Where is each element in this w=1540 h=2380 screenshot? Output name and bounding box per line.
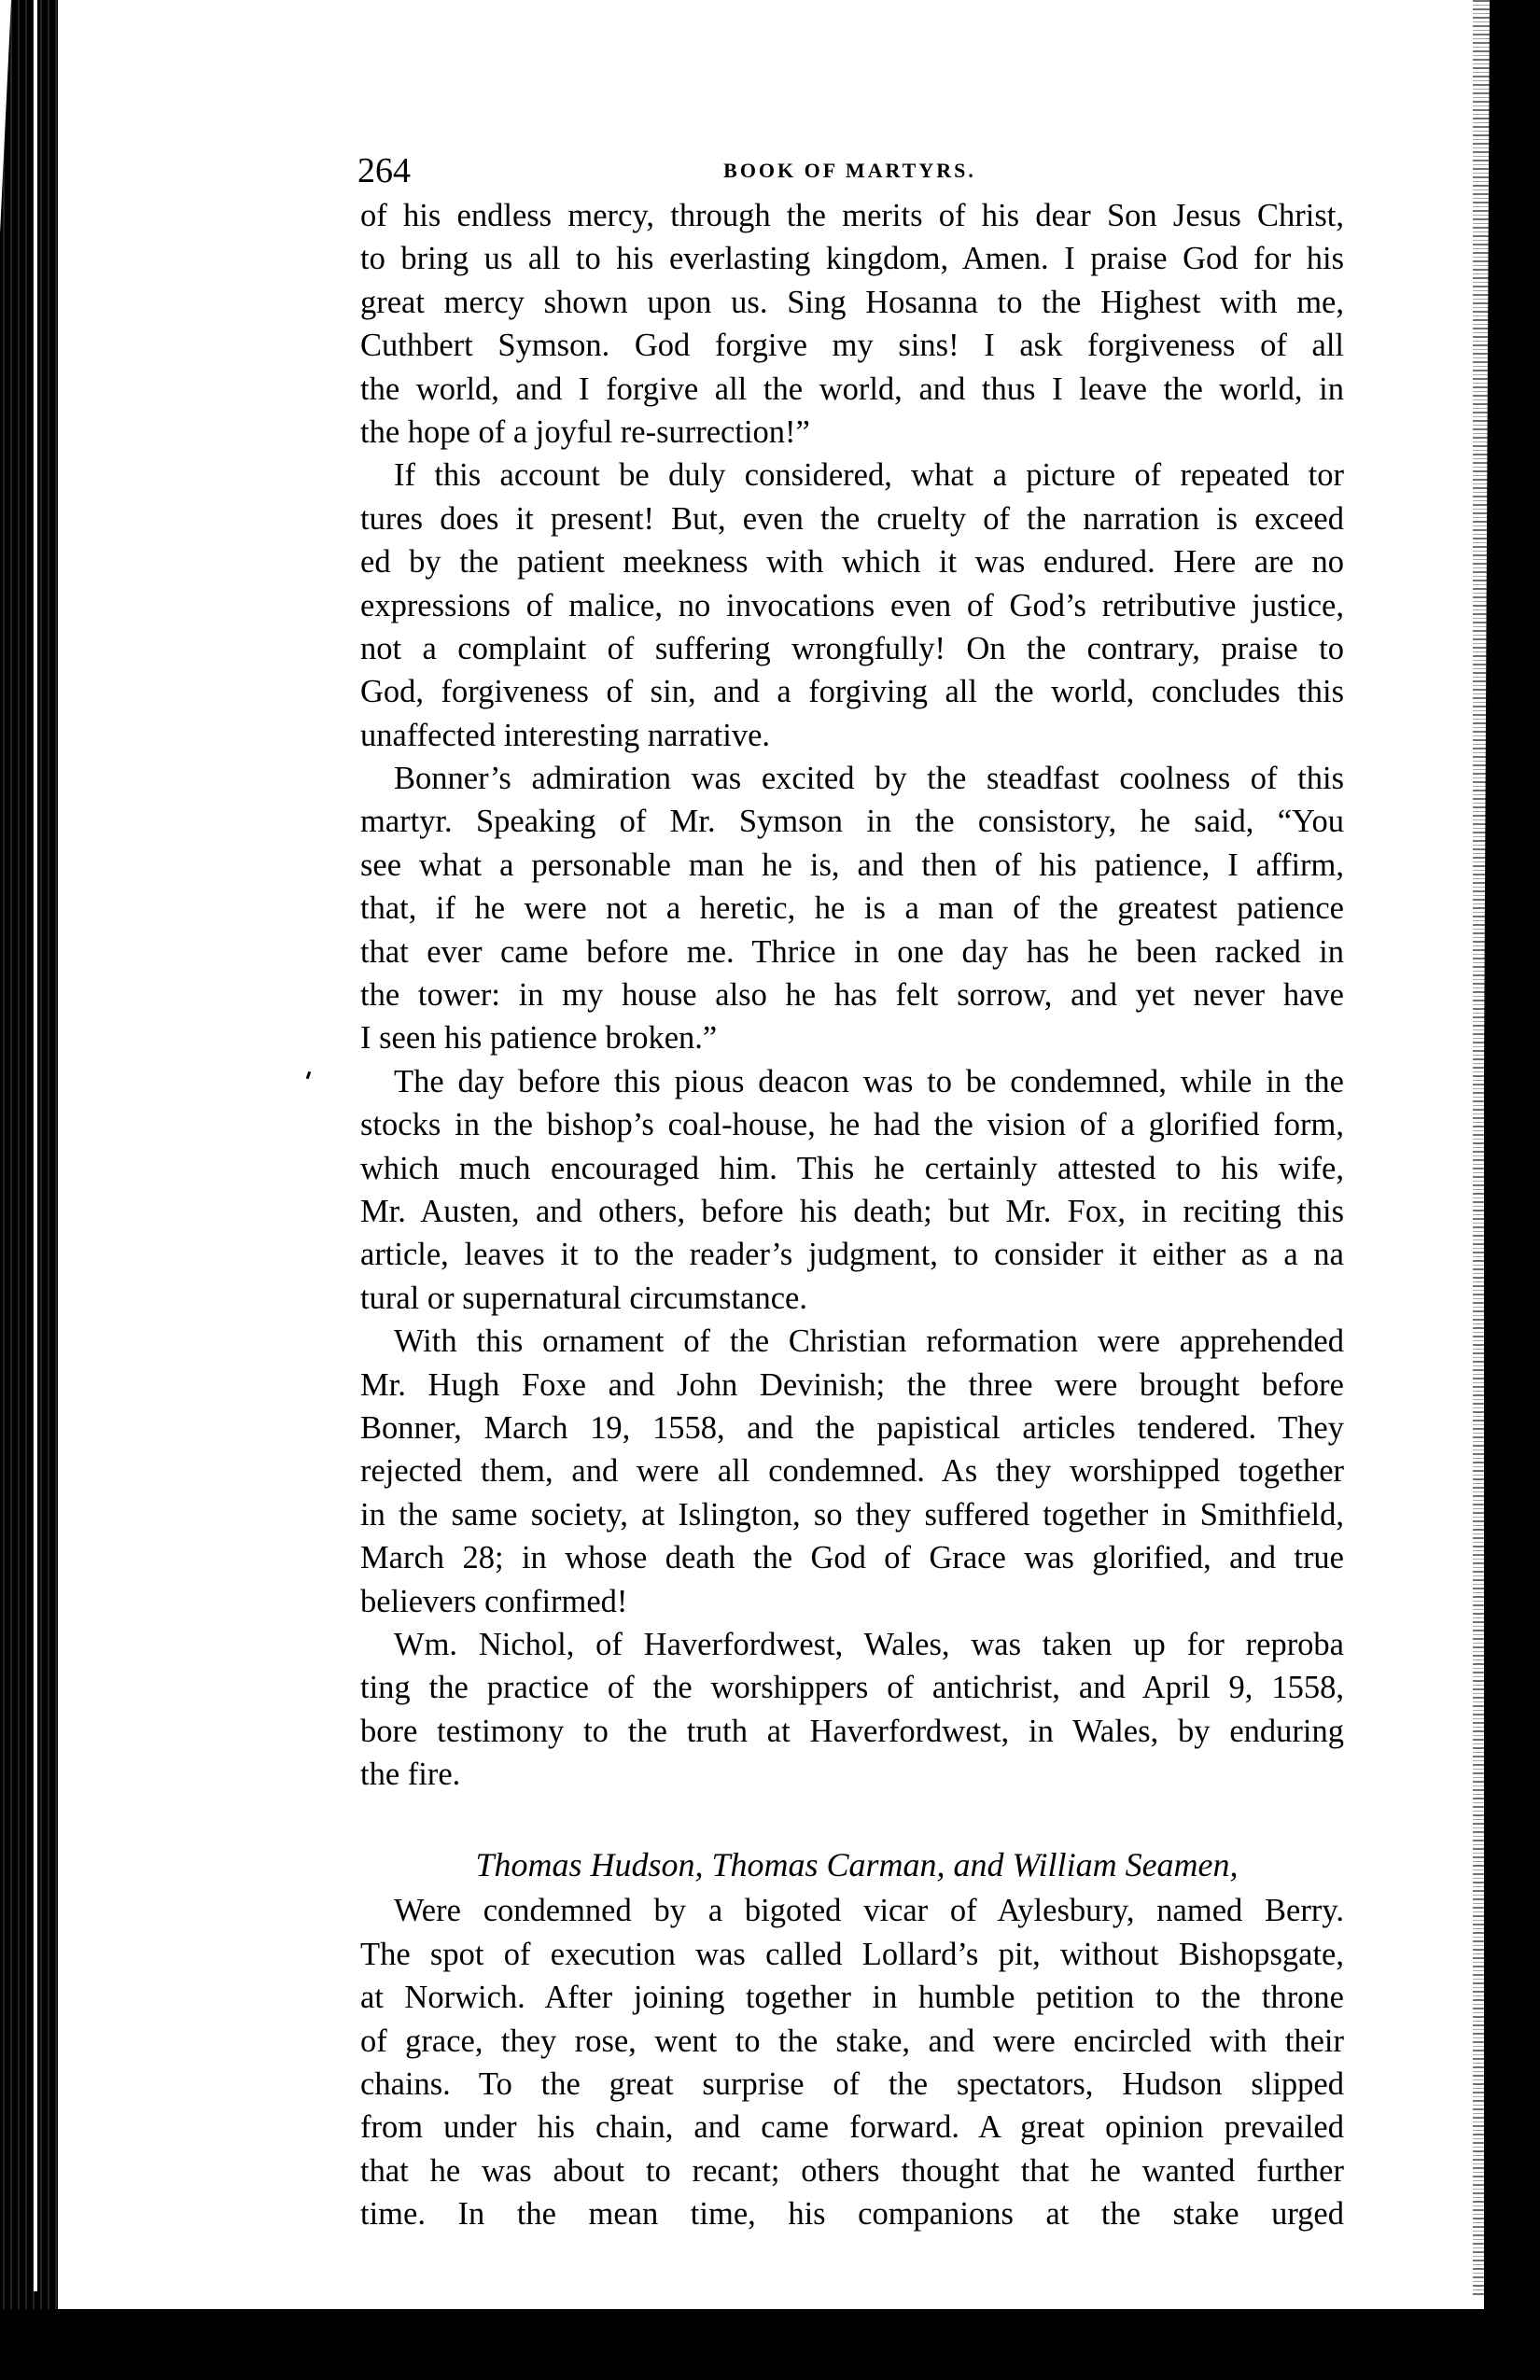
text-line: to bring us all to his everlasting kingd… (360, 237, 1344, 280)
stray-ink-mark (306, 1071, 312, 1080)
text-line: ed by the patient meekness with which it… (360, 540, 1344, 583)
text-line: time. In the mean time, his companions a… (360, 2192, 1344, 2235)
text-line: from under his chain, and came forward. … (360, 2106, 1344, 2149)
text-line: The spot of execution was called Lollard… (360, 1933, 1344, 1976)
text-line: believers confirmed! (360, 1580, 1344, 1623)
text-line: which much encouraged him. This he certa… (360, 1147, 1344, 1190)
text-line: The day before this pious deacon was to … (360, 1060, 1344, 1103)
text-line: of grace, they rose, went to the stake, … (360, 2020, 1344, 2063)
scan-right-border (1484, 0, 1540, 2380)
text-line: I seen his patience broken.” (360, 1016, 1344, 1059)
text-line: of his endless mercy, through the merits… (360, 194, 1344, 237)
text-line: rejected them, and were all condemned. A… (360, 1449, 1344, 1492)
text-line: the fire. (360, 1753, 1344, 1796)
paragraph: Were condemned by a bigoted vicar of Ayl… (360, 1889, 1344, 2235)
text-line: that he was about to recant; others thou… (360, 2149, 1344, 2192)
scan-left-border (0, 0, 58, 2380)
running-head: BOOK OF MARTYRS. (357, 157, 1342, 185)
paragraph: Wm. Nichol, of Haverfordwest, Wales, was… (360, 1623, 1344, 1797)
text-line: martyr. Speaking of Mr. Symson in the co… (360, 800, 1344, 843)
text-line: article, leaves it to the reader’s judgm… (360, 1233, 1344, 1276)
text-line: Cuthbert Symson. God forgive my sins! I … (360, 324, 1344, 367)
text-line: tural or supernatural circumstance. (360, 1277, 1344, 1320)
text-line: unaffected interesting narrative. (360, 714, 1344, 757)
text-line: March 28; in whose death the God of Grac… (360, 1536, 1344, 1579)
text-line: ting the practice of the worshippers of … (360, 1666, 1344, 1709)
paragraph: If this account be duly considered, what… (360, 454, 1344, 757)
text-line: at Norwich. After joining together in hu… (360, 1976, 1344, 2019)
paragraph: Bonner’s admiration was excited by the s… (360, 757, 1344, 1060)
page-header: 264 BOOK OF MARTYRS. (357, 149, 1342, 192)
section-spacer (360, 1796, 1344, 1841)
text-line: great mercy shown upon us. Sing Hosanna … (360, 281, 1344, 324)
paragraph: With this ornament of the Christian refo… (360, 1320, 1344, 1623)
paragraph: of his endless mercy, through the merits… (360, 194, 1344, 454)
text-line: expressions of malice, no invocations ev… (360, 584, 1344, 627)
text-line: Mr. Hugh Foxe and John Devinish; the thr… (360, 1364, 1344, 1407)
text-line: the world, and I forgive all the world, … (360, 368, 1344, 411)
scan-left-border-stripe (34, 0, 37, 2291)
text-line: tures does it present! But, even the cru… (360, 497, 1344, 540)
text-line: With this ornament of the Christian refo… (360, 1320, 1344, 1363)
text-line: the hope of a joyful re-surrection!” (360, 411, 1344, 454)
text-line: see what a personable man he is, and the… (360, 844, 1344, 887)
text-line: Mr. Austen, and others, before his death… (360, 1190, 1344, 1233)
text-line: Were condemned by a bigoted vicar of Ayl… (360, 1889, 1344, 1932)
text-line: that, if he were not a heretic, he is a … (360, 887, 1344, 930)
text-line: Bonner, March 19, 1558, and the papistic… (360, 1407, 1344, 1449)
section-heading: Thomas Hudson, Thomas Carman, and Willia… (360, 1841, 1344, 1889)
text-line: the tower: in my house also he has felt … (360, 973, 1344, 1016)
text-line: Wm. Nichol, of Haverfordwest, Wales, was… (360, 1623, 1344, 1666)
text-line: If this account be duly considered, what… (360, 454, 1344, 497)
text-line: bore testimony to the truth at Haverford… (360, 1710, 1344, 1753)
paragraph: The day before this pious deacon was to … (360, 1060, 1344, 1320)
text-line: in the same society, at Islington, so th… (360, 1493, 1344, 1536)
text-line: God, forgiveness of sin, and a forgiving… (360, 670, 1344, 713)
text-line: Bonner’s admiration was excited by the s… (360, 757, 1344, 800)
text-line: not a complaint of suffering wrongfully!… (360, 627, 1344, 670)
text-line: that ever came before me. Thrice in one … (360, 931, 1344, 973)
text-line: chains. To the great surprise of the spe… (360, 2063, 1344, 2106)
scan-bottom-border (0, 2309, 1540, 2380)
text-line: stocks in the bishop’s coal-house, he ha… (360, 1103, 1344, 1146)
body-text: of his endless mercy, through the merits… (360, 194, 1344, 2236)
